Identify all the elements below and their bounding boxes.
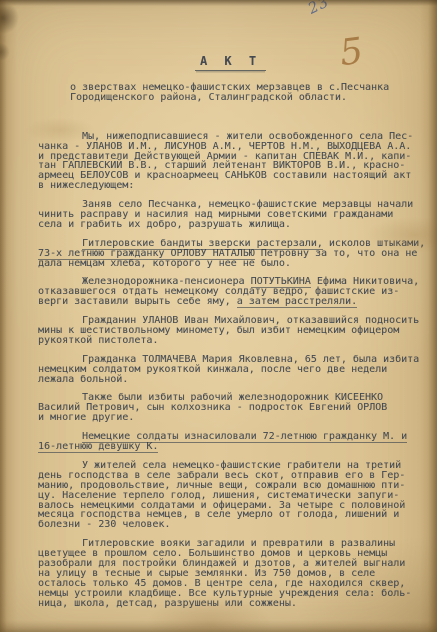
typed-line: рукояткой пистолета. [38,336,423,346]
paragraph: Мы, нижеподписавшиеся - жители освобожде… [38,132,423,191]
paragraph: Немецкие солдаты изнасиловали 72-летнюю … [38,432,423,452]
typed-line: дала немцам хлеба, которого у нее не был… [38,259,423,269]
paragraph: Также были избиты рабочий железнодорожни… [38,393,423,423]
subtitle-line: Городищенского района, Сталинградской об… [70,93,423,103]
handwritten-number-top: 23 [305,0,332,18]
typed-line: и многие другие. [38,413,423,423]
paragraph: Гитлеровские бандиты зверски растерзали,… [38,239,423,269]
document-title-text: А К Т [195,54,266,71]
typed-line: села и грабить их добро, разрушать жилищ… [38,220,423,230]
paragraph: Гитлеровские вояки загадили и превратили… [38,539,423,608]
typed-line: верги заставили вырыть себе яму, а затем… [38,297,423,307]
typed-line: 16-летнюю девушку К. [38,442,423,452]
paragraph: Гражданин УЛАНОВ Иван Михайлович, отказа… [38,316,423,346]
document-subtitle: о зверствах немецко-фашистских мерзавцев… [70,83,423,103]
typed-line: в нижеследующем: [38,181,423,191]
paragraph: У жителей села немецко-фашистские грабит… [38,461,423,530]
document-sheet: 23 5 А К Т о зверствах немецко-фашистски… [0,0,437,632]
typed-line: болезни - 230 человек. [38,520,423,530]
typed-line: ница, школа, детсад, разрушены или сожже… [38,599,423,609]
typed-content: А К Т о зверствах немецко-фашистских мер… [38,54,423,617]
typed-line: лежала больной. [38,375,423,385]
paragraph: Железнодорожника-пенсионера ПОТУТЬКИНА Е… [38,277,423,307]
paragraph-list: Мы, нижеподписавшиеся - жители освобожде… [38,132,423,609]
paragraph: Гражданка ТОЛМАЧЕВА Мария Яковлевна, 65 … [38,355,423,385]
paragraph: Заняв село Песчанка, немецко-фашистские … [38,200,423,230]
document-title: А К Т [38,54,423,71]
